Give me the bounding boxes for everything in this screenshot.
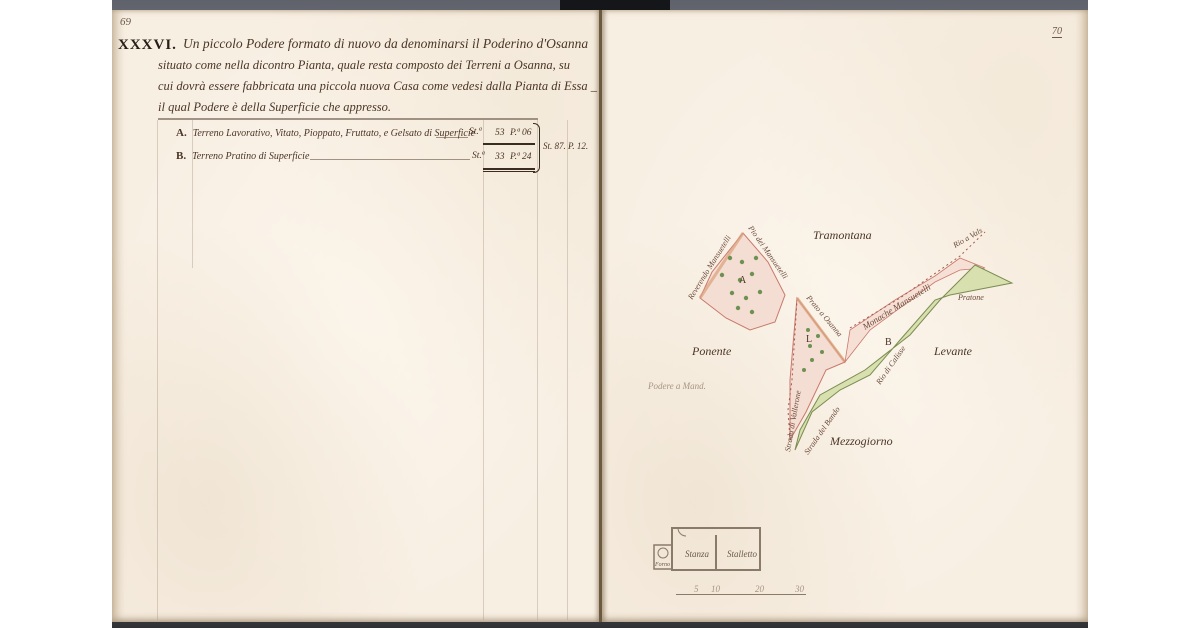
svg-text:Pratone: Pratone <box>957 293 984 302</box>
room-stanza: Stanza <box>685 549 709 559</box>
svg-text:L: L <box>806 334 812 345</box>
panora-value: 24 <box>522 152 532 162</box>
entry-description: Terreno Lavorativo, Vitato, Pioppato, Fr… <box>193 128 475 139</box>
compass-north: Tramontana <box>813 228 872 243</box>
scale-tick-5: 5 <box>694 584 699 594</box>
panora-value: 06 <box>522 128 532 138</box>
scale-bar <box>676 594 806 595</box>
heading-line-4: il qual Podere è della Superficie che ap… <box>158 100 391 115</box>
entry-B: B.Terreno Pratino di Superficie <box>176 150 309 162</box>
entry-description: Terreno Pratino di Superficie <box>192 151 309 162</box>
marginal-note: Podere a Mand. <box>648 381 706 391</box>
room-forno: Forno <box>655 562 670 568</box>
staiora-value: 33 <box>495 152 505 162</box>
ruling-line <box>483 120 484 620</box>
total-area: St. 87. P. 12. <box>543 141 588 151</box>
total-brace <box>533 123 540 173</box>
staiora-value: 53 <box>495 128 505 138</box>
heading-line-1: Un piccolo Podere formato di nuovo da de… <box>183 36 588 52</box>
entry-letter: A. <box>176 127 187 139</box>
entry-separator <box>483 143 535 145</box>
ruling-line <box>157 120 158 620</box>
ruling-line <box>192 120 193 268</box>
panora-label: P.ª <box>510 152 520 162</box>
entry-A: A.Terreno Lavorativo, Vitato, Pioppato, … <box>176 127 475 139</box>
panora-label: P.ª <box>510 128 520 138</box>
parcel-L <box>790 298 845 440</box>
folio-number-left: 69 <box>120 16 131 28</box>
svg-text:Monache Mansuetelli: Monache Mansuetelli <box>860 281 933 332</box>
entry-letter: B. <box>176 150 186 162</box>
entry-separator <box>483 168 535 170</box>
heading-line-2: situato come nella dicontro Pianta, qual… <box>158 58 570 73</box>
room-stalletto: Stalletto <box>727 549 757 559</box>
heading-underline <box>158 118 538 120</box>
heading-line-3: cui dovrà essere fabbricata una piccola … <box>158 79 597 94</box>
svg-text:Rio a Vals: Rio a Vals <box>951 226 984 251</box>
scale-tick-10: 10 <box>711 584 720 594</box>
svg-text:B: B <box>885 337 892 348</box>
leader-line <box>310 159 470 160</box>
unit-label: St.ª <box>472 151 484 161</box>
ruling-line <box>567 120 568 620</box>
scale-tick-20: 20 <box>755 584 764 594</box>
leader-line <box>436 137 468 138</box>
scale-tick-30: 30 <box>795 584 804 594</box>
svg-text:A: A <box>739 275 747 286</box>
ruling-line <box>537 120 538 620</box>
compass-west: Ponente <box>692 344 731 359</box>
compass-south: Mezzogiorno <box>830 434 893 449</box>
unit-label: St.ª <box>469 127 481 137</box>
compass-east: Levante <box>934 344 972 359</box>
entry-number: XXXVI. <box>118 37 177 54</box>
entry-separator <box>483 171 535 172</box>
